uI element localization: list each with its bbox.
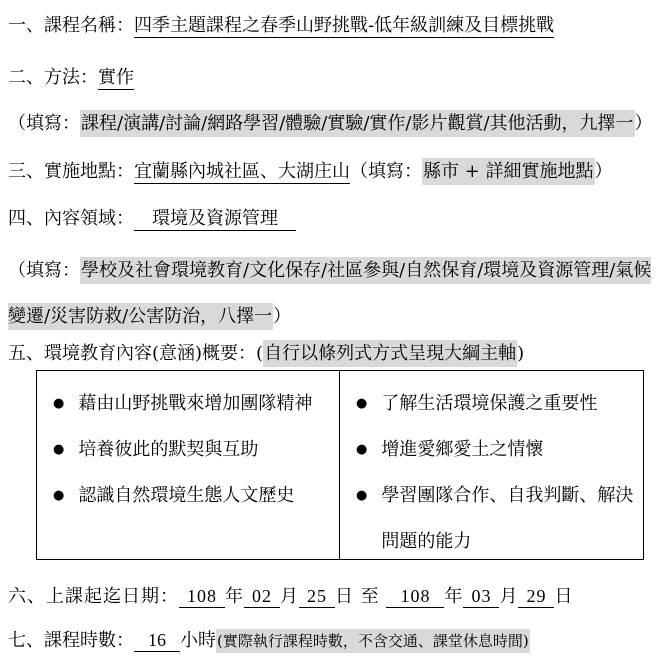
method-label: 二、方法： <box>8 67 98 88</box>
method-fill-note: （填寫：課程/演講/討論/網路學習/體驗/實驗/實作/影片觀賞/其他活動，九擇一… <box>8 110 664 138</box>
section-course-hours: 七、課程時數：16小時(實際執行課程時數，不含交通、課堂休息時間) <box>8 626 664 655</box>
domain-note-options: 學校及社會環境教育/文化保存/社區參與/自然保育/環境及資源管理/氣候變遷/災害… <box>8 257 651 330</box>
table-right-cell: ● 了解生活環境保護之重要性 ● 增進愛鄉愛土之情懷 ● 學習團隊合作、自我判斷… <box>340 371 643 559</box>
bullet-icon: ● <box>356 473 367 519</box>
year-unit: 年 <box>225 586 244 607</box>
bullet-icon: ● <box>53 381 64 427</box>
list-item: ● 認識自然環境生態人文歷史 <box>53 473 331 519</box>
section-location: 三、實施地點：宜蘭縣內城社區、大湖庄山（填寫：縣市 + 詳細實施地點） <box>8 158 664 186</box>
content-domain-label: 四、內容領域： <box>8 208 134 229</box>
bullet-icon: ● <box>53 427 64 473</box>
section-course-name: 一、課程名稱：四季主題課程之春季山野挑戰-低年級訓練及目標挑戰 <box>8 12 664 40</box>
list-item: ● 學習團隊合作、自我判斷、解決問題的能力 <box>356 473 635 565</box>
end-year-value: 108 <box>386 586 444 608</box>
course-name-label: 一、課程名稱： <box>8 15 134 36</box>
content-domain-fill-note: （填寫：學校及社會環境教育/文化保存/社區參與/自然保育/環境及資源管理/氣候變… <box>8 248 664 340</box>
section-environment-summary: 五、環境教育內容(意涵)概要：(自行以條列式方式呈現大綱主軸) <box>8 340 664 368</box>
domain-note-suffix: ） <box>273 306 291 327</box>
list-item-text: 了解生活環境保護之重要性 <box>381 381 635 427</box>
summary-note-hint: 自行以條列式方式呈現大綱主軸 <box>263 340 517 367</box>
hours-unit: 小時 <box>180 630 216 651</box>
list-item-text: 增進愛鄉愛土之情懷 <box>381 427 635 473</box>
bullet-icon: ● <box>356 427 367 473</box>
summary-note-suffix: ) <box>517 343 524 364</box>
list-item: ● 增進愛鄉愛土之情懷 <box>356 427 635 473</box>
bullet-icon: ● <box>356 381 367 427</box>
year-unit: 年 <box>444 586 463 607</box>
list-item: ● 了解生活環境保護之重要性 <box>356 381 635 427</box>
end-month-value: 03 <box>463 586 499 608</box>
list-item: ● 培養彼此的默契與互助 <box>53 427 331 473</box>
end-day-value: 29 <box>518 586 554 608</box>
course-hours-label: 七、課程時數： <box>8 630 134 651</box>
course-hours-note: (實際執行課程時數，不含交通、課堂休息時間) <box>216 629 530 653</box>
day-unit: 日 <box>335 586 354 607</box>
month-unit: 月 <box>499 586 518 607</box>
start-day-value: 25 <box>299 586 335 608</box>
start-year-value: 108 <box>179 586 225 608</box>
location-value: 宜蘭縣內城社區、大湖庄山 <box>134 161 350 184</box>
course-name-value: 四季主題課程之春季山野挑戰-低年級訓練及目標挑戰 <box>134 15 554 38</box>
bullet-icon: ● <box>53 473 64 519</box>
location-note-suffix: ） <box>595 161 613 182</box>
method-note-suffix: ） <box>635 113 653 134</box>
day-unit: 日 <box>554 586 573 607</box>
course-hours-value: 16 <box>134 630 180 652</box>
method-note-options: 課程/演講/討論/網路學習/體驗/實驗/實作/影片觀賞/其他活動，九擇一 <box>80 110 635 137</box>
domain-note-prefix: （填寫： <box>8 260 80 281</box>
course-dates-label: 六、上課起迄日期： <box>8 586 179 607</box>
environment-summary-label: 五、環境教育內容(意涵)概要： <box>8 343 256 364</box>
list-item-text: 藉由山野挑戰來增加團隊精神 <box>78 381 331 427</box>
month-unit: 月 <box>280 586 299 607</box>
list-item-text: 培養彼此的默契與互助 <box>78 427 331 473</box>
content-domain-value: 環境及資源管理 <box>134 208 296 231</box>
section-method: 二、方法：實作 <box>8 64 664 92</box>
location-note-prefix: （填寫： <box>350 161 422 182</box>
method-value: 實作 <box>98 67 134 90</box>
start-month-value: 02 <box>244 586 280 608</box>
location-note-hint: 縣市 + 詳細實施地點 <box>422 158 595 185</box>
method-note-prefix: （填寫： <box>8 113 80 134</box>
list-item-text: 學習團隊合作、自我判斷、解決問題的能力 <box>381 473 635 565</box>
list-item: ● 藉由山野挑戰來增加團隊精神 <box>53 381 331 427</box>
table-left-cell: ● 藉由山野挑戰來增加團隊精神 ● 培養彼此的默契與互助 ● 認識自然環境生態人… <box>37 371 340 559</box>
list-item-text: 認識自然環境生態人文歷史 <box>78 473 331 519</box>
location-label: 三、實施地點： <box>8 161 134 182</box>
section-course-dates: 六、上課起迄日期：108年02月25日 至 108年03月29日 <box>8 582 664 611</box>
date-range-to: 至 <box>361 586 380 607</box>
environment-content-table: ● 藉由山野挑戰來增加團隊精神 ● 培養彼此的默契與互助 ● 認識自然環境生態人… <box>36 370 644 560</box>
section-content-domain: 四、內容領域：環境及資源管理 <box>8 205 664 233</box>
